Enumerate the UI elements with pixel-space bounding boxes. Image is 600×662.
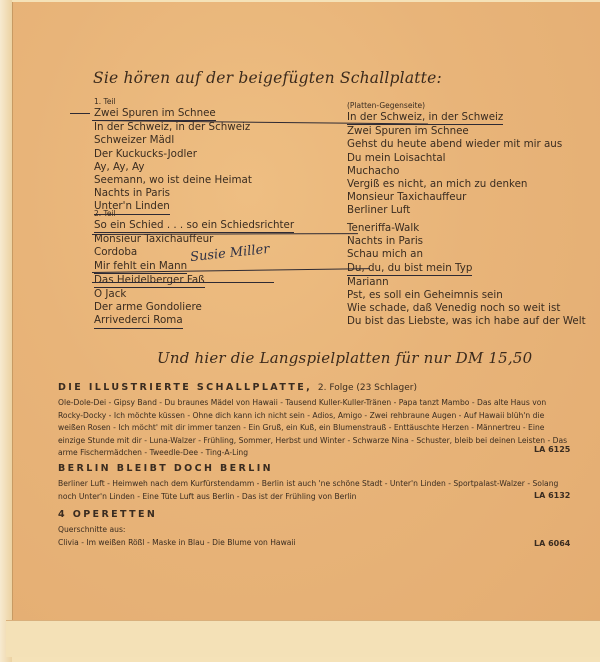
lp-heading: Und hier die Langspielplatten für nur DM… [157,349,532,367]
lp-title: 4 OPERETTEN [58,509,568,520]
catalog-number: LA 6064 [534,539,570,548]
part1-label: 1. Teil [94,96,252,107]
lp-title: DIE ILLUSTRIERTE SCHALLPLATTE, [58,382,312,393]
track: Pst, es soll ein Geheimnis sein [347,289,586,302]
track: Der arme Gondoliere [94,301,294,314]
side-b-part1: (Platten-Gegenseite) In der Schweiz, in … [347,100,562,218]
lp-section: DIE ILLUSTRIERTE SCHALLPLATTE, 2. Folge … [58,382,568,460]
track: O Jack [94,288,294,301]
track: Wie schade, daß Venedig noch so weit ist [347,302,586,315]
side-a-part1: 1. Teil Zwei Spuren im Schnee In der Sch… [94,96,252,215]
track: Seemann, wo ist deine Heimat [94,174,252,187]
track: Mariann [347,276,586,289]
part2-label: 2. Teil [94,208,294,219]
track: Zwei Spuren im Schnee [347,125,562,138]
lp-section: 4 OPERETTEN Querschnitte aus: Clivia - I… [58,509,568,549]
sleeve-edge [0,0,12,662]
track: Monsieur Taxichauffeur [347,191,562,204]
track: Ay, Ay, Ay [94,161,252,174]
side-a-part2: 2. Teil So ein Schied . . . so ein Schie… [94,208,294,329]
sleeve-bottom-flap [6,620,600,657]
lp-section: BERLIN BLEIBT DOCH BERLIN Berliner Luft … [58,463,568,503]
track: So ein Schied . . . so ein Schiedsrichte… [94,219,294,233]
lp-intro: Querschnitte aus: [58,524,568,537]
track: Du mein Loisachtal [347,152,562,165]
track: Nachts in Paris [94,187,252,200]
track: Berliner Luft [347,204,562,217]
track: Arrivederci Roma [94,314,183,328]
catalog-number: LA 6125 [534,445,570,454]
lp-subtitle: 2. Folge (23 Schlager) [318,383,417,393]
tracklist-heading: Sie hören auf der beigefügten Schallplat… [93,69,442,87]
track: Vergiß es nicht, an mich zu denken [347,178,562,191]
track: Du bist das Liebste, was ich habe auf de… [347,315,586,328]
side-b-label: (Platten-Gegenseite) [347,100,562,111]
track: Nachts in Paris [347,235,586,248]
track: Gehst du heute abend wieder mit mir aus [347,138,562,151]
lp-tracklist: Clivia - Im weißen Rößl - Maske in Blau … [58,537,568,550]
track: Das Heidelberger Faß [94,274,205,288]
track: Zwei Spuren im Schnee [94,107,216,121]
side-b-part2: Teneriffa-Walk Nachts in Paris Schau mic… [347,222,586,329]
track: In der Schweiz, in der Schweiz [94,121,252,134]
lp-tracklist: Berliner Luft - Heimweh nach dem Kurfürs… [58,478,568,503]
track: Muchacho [347,165,562,178]
track: Teneriffa-Walk [347,222,586,235]
lp-tracklist: Ole-Dole-Dei - Gipsy Band - Du braunes M… [58,397,568,460]
track: Der Kuckucks-Jodler [94,148,252,161]
pen-mark [70,113,90,114]
pen-connector-line [92,282,274,283]
track: Schweizer Mädl [94,134,252,147]
track: Schau mich an [347,248,586,261]
lp-title: BERLIN BLEIBT DOCH BERLIN [58,463,568,474]
catalog-number: LA 6132 [534,491,570,500]
